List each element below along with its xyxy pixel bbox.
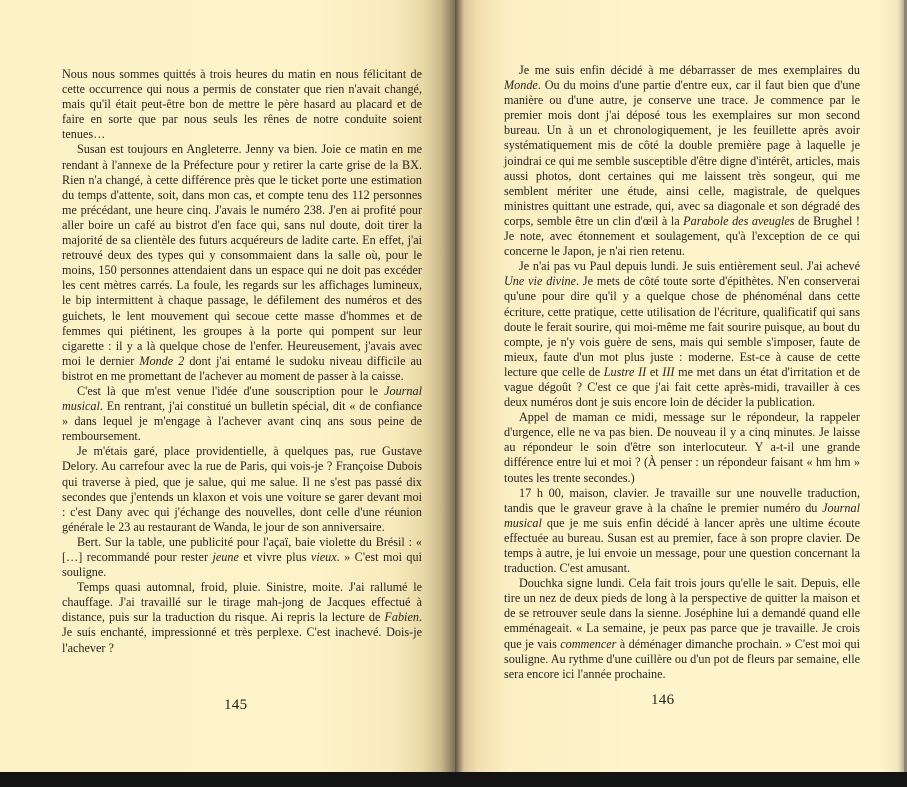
paragraph: Douchka signe lundi. Cela fait trois jou… <box>504 576 860 682</box>
italic-title: vieux <box>311 550 337 564</box>
text-run: Temps quasi automnal, froid, pluie. Sini… <box>62 580 422 624</box>
paragraph: Appel de maman ce midi, message sur le r… <box>504 410 860 485</box>
text-run: Je me suis enfin décidé à me débarrasser… <box>519 63 860 77</box>
italic-title: Une vie divine <box>504 274 576 288</box>
paragraph: Je m'étais garé, place providentielle, à… <box>62 444 422 535</box>
right-page-number: 146 <box>651 692 674 709</box>
book-spread: Nous nous sommes quittés à trois heures … <box>0 0 907 772</box>
left-page: Nous nous sommes quittés à trois heures … <box>0 0 455 772</box>
italic-title: jeune <box>213 550 239 564</box>
text-run: et vivre plus <box>239 550 311 564</box>
italic-title: commencer <box>560 637 616 651</box>
italic-title: Parabole des aveugles <box>683 214 794 228</box>
paragraph: 17 h 00, maison, clavier. Je travaille s… <box>504 486 860 577</box>
right-page: Je me suis enfin décidé à me débarrasser… <box>455 0 907 772</box>
text-run: . Ou du moins d'une partie d'entre eux, … <box>504 78 860 228</box>
italic-title: Monde 2 <box>139 354 184 368</box>
italic-title: Lustre II <box>604 365 646 379</box>
paragraph: Je n'ai pas vu Paul depuis lundi. Je sui… <box>504 259 860 410</box>
paragraph: C'est là que m'est venue l'idée d'une so… <box>62 384 422 444</box>
paragraph: Nous nous sommes quittés à trois heures … <box>62 67 422 142</box>
text-run: . Je mets de côté toute sorte d'épithète… <box>504 274 860 379</box>
text-run: C'est là que m'est venue l'idée d'une so… <box>77 384 384 398</box>
left-page-number: 145 <box>224 697 247 714</box>
text-run: Je n'ai pas vu Paul depuis lundi. Je sui… <box>519 259 860 273</box>
paragraph: Susan est toujours en Angleterre. Jenny … <box>62 142 422 384</box>
text-run: Je m'étais garé, place providentielle, à… <box>62 444 422 533</box>
text-run: 17 h 00, maison, clavier. Je travaille s… <box>504 486 860 515</box>
paragraph: Bert. Sur la table, une publicité pour l… <box>62 535 422 580</box>
right-page-text: Je me suis enfin décidé à me débarrasser… <box>504 63 860 682</box>
text-run: Susan est toujours en Angleterre. Jenny … <box>62 142 422 367</box>
text-run: Nous nous sommes quittés à trois heures … <box>62 67 422 141</box>
paragraph: Temps quasi automnal, froid, pluie. Sini… <box>62 580 422 655</box>
paragraph: Je me suis enfin décidé à me débarrasser… <box>504 63 860 259</box>
scan-bottom-edge <box>0 772 907 787</box>
text-run: . En rentrant, j'ai constitué un bulleti… <box>62 399 422 443</box>
italic-title: Fabien <box>384 610 419 624</box>
italic-title: III <box>662 365 674 379</box>
text-run: Appel de maman ce midi, message sur le r… <box>504 410 860 484</box>
text-run: que je me suis enfin décidé à lancer apr… <box>504 516 860 575</box>
italic-title: Monde <box>504 78 538 92</box>
text-run: et <box>646 365 662 379</box>
left-page-text: Nous nous sommes quittés à trois heures … <box>62 67 422 656</box>
